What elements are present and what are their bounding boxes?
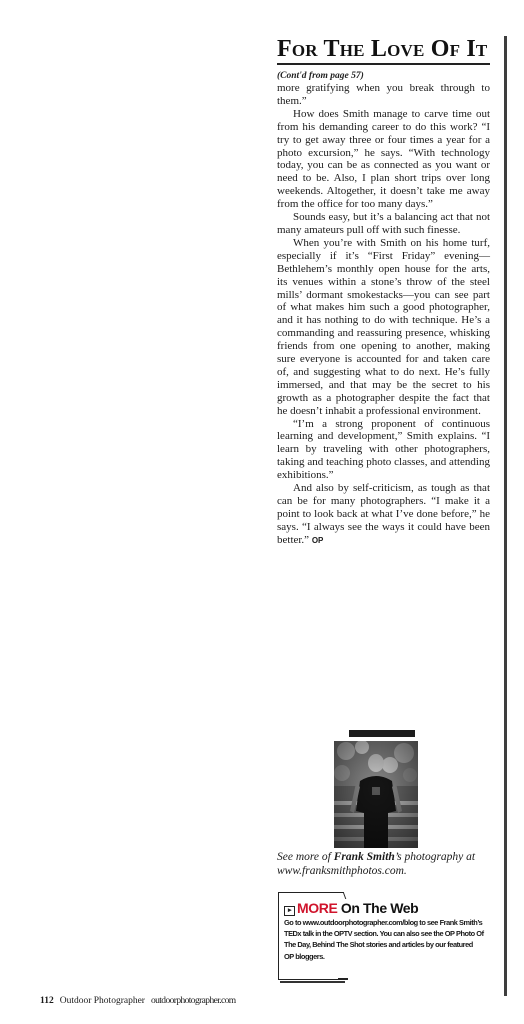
box-frame-corner [337, 892, 347, 899]
caption-prefix: See more of [277, 851, 334, 863]
play-arrow-icon: ▸ [284, 906, 295, 916]
paragraph: When you’re with Smith on his home turf,… [277, 237, 490, 418]
more-on-the-web-box: ▸MORE On The Web Go to www.outdoorphotog… [278, 892, 478, 985]
box-frame-bottom [338, 978, 348, 980]
on-the-web-label: On The Web [337, 900, 418, 916]
continued-from-note: (Cont'd from page 57) [277, 70, 490, 82]
paragraph-last: And also by self-criticism, as tough as … [277, 482, 490, 548]
paragraph: Sounds easy, but it’s a balancing act th… [277, 211, 490, 237]
magazine-name: Outdoor Photographer [60, 996, 145, 1006]
article-body: more gratifying when you break through t… [277, 82, 490, 548]
paragraph: more gratifying when you break through t… [277, 82, 490, 108]
magazine-url: outdoorphotographer.com [151, 996, 236, 1006]
page-footer: 112Outdoor Photographeroutdoorphotograph… [40, 995, 236, 1007]
photo-caption: See more of Frank Smith’s photogra­phy a… [277, 850, 490, 878]
more-on-web-heading: ▸MORE On The Web [284, 900, 418, 916]
end-mark: OP [312, 536, 324, 545]
decorative-bar [349, 730, 415, 737]
photo-image [334, 741, 418, 848]
page-number: 112 [40, 996, 54, 1006]
author-photo [334, 741, 418, 848]
more-on-web-text: Go to www.outdoorphotographer.com/blog t… [284, 917, 484, 962]
article-title: For The Love Of It [277, 36, 490, 65]
box-frame-shadow [280, 981, 345, 983]
more-label: MORE [297, 900, 337, 916]
article-column: For The Love Of It (Cont'd from page 57)… [277, 36, 490, 548]
caption-name: Frank Smith [334, 851, 395, 863]
paragraph: “I’m a strong proponent of continu­ous l… [277, 418, 490, 483]
paragraph: How does Smith manage to carve time out … [277, 108, 490, 211]
column-divider [504, 36, 507, 996]
paragraph-text: And also by self-criticism, as tough as … [277, 482, 490, 546]
